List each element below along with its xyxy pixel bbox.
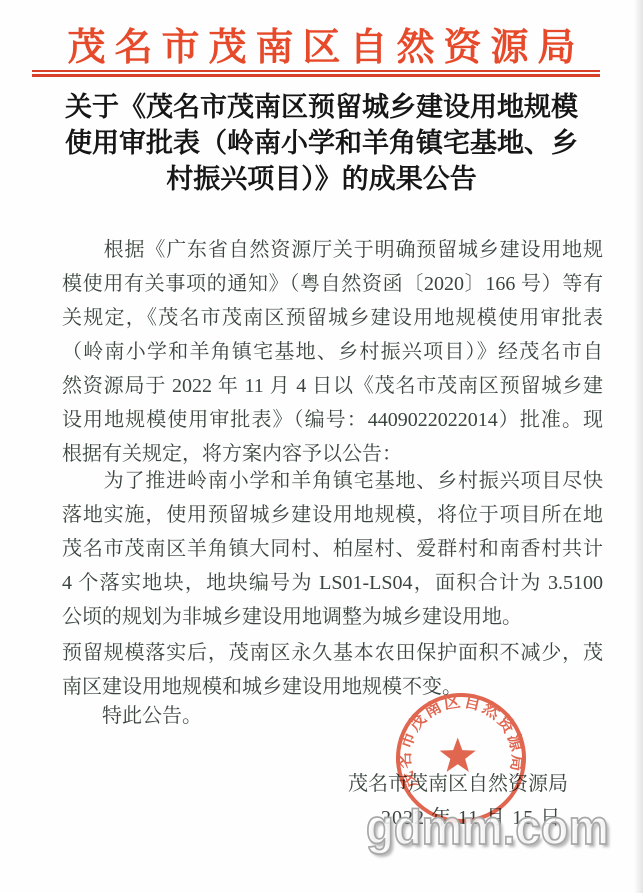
- body-line: 模使用有关事项的通知》（粤自然资函〔2020〕166 号）等有: [62, 267, 603, 301]
- signature: 茂名市茂南区自然资源局: [348, 767, 563, 796]
- body-line: 落地实施，使用预留城乡建设用地规模，将位于项目所在地: [62, 498, 603, 532]
- paragraph: 预留规模落实后，茂南区永久基本农田保护面积不减少，茂南区建设用地规模和城乡建设用…: [62, 636, 603, 704]
- body-line: 4 个落实地块，地块编号为 LS01-LS04，面积合计为 3.5100: [62, 566, 603, 600]
- watermark: gdmm.com: [366, 800, 609, 856]
- body-line: 根据《广东省自然资源厅关于明确预留城乡建设用地规: [62, 233, 603, 267]
- body-line: （岭南小学和羊角镇宅基地、乡村振兴项目）》经茂名市自: [62, 335, 603, 369]
- paragraph: 特此公告。: [62, 699, 603, 733]
- body-line: 预留规模落实后，茂南区永久基本农田保护面积不减少，茂: [62, 636, 603, 670]
- scan-edge-shadow: [634, 0, 643, 893]
- paragraph: 为了推进岭南小学和羊角镇宅基地、乡村振兴项目尽快落地实施，使用预留城乡建设用地规…: [62, 464, 603, 634]
- body-line: 设用地规模使用审批表》（编号：4409022022014）批准。现: [62, 403, 603, 437]
- body-line: 为了推进岭南小学和羊角镇宅基地、乡村振兴项目尽快: [62, 464, 603, 498]
- body-line: 公顷的规划为非城乡建设用地调整为城乡建设用地。: [62, 600, 603, 634]
- body-line: 然资源局于 2022 年 11 月 4 日以《茂名市茂南区预留城乡建: [62, 369, 603, 403]
- doc-body: 根据《广东省自然资源厅关于明确预留城乡建设用地规模使用有关事项的通知》（粤自然资…: [62, 0, 603, 893]
- paragraph: 根据《广东省自然资源厅关于明确预留城乡建设用地规模使用有关事项的通知》（粤自然资…: [62, 233, 603, 471]
- body-line: 茂名市茂南区羊角镇大同村、柏屋村、爱群村和南香村共计: [62, 532, 603, 566]
- body-line: 关规定，《茂名市茂南区预留城乡建设用地规模使用审批表: [62, 301, 603, 335]
- body-line: 特此公告。: [62, 699, 603, 733]
